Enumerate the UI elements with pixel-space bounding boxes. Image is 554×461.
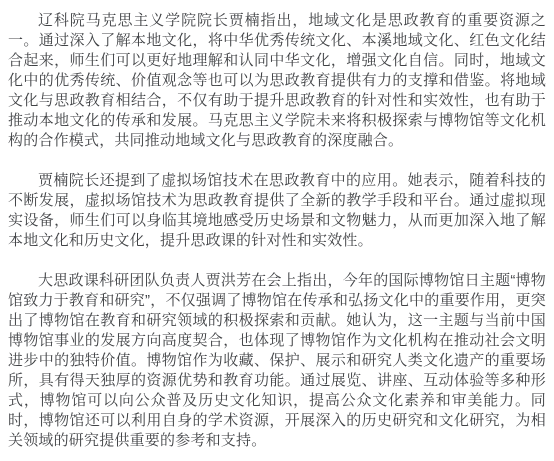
article-paragraph-3: 大思政课科研团队负责人贾洪芳在会上指出，今年的国际博物馆日主题“博物馆致力于教育…: [8, 271, 546, 451]
document-page: 辽科院马克思主义学院院长贾楠指出，地域文化是思政教育的重要资源之一。通过深入了解…: [0, 0, 554, 461]
article-paragraph-1: 辽科院马克思主义学院院长贾楠指出，地域文化是思政教育的重要资源之一。通过深入了解…: [8, 11, 546, 151]
article-paragraph-2: 贾楠院长还提到了虚拟场馆技术在思政教育中的应用。她表示，随着科技的不断发展，虚拟…: [8, 171, 546, 251]
